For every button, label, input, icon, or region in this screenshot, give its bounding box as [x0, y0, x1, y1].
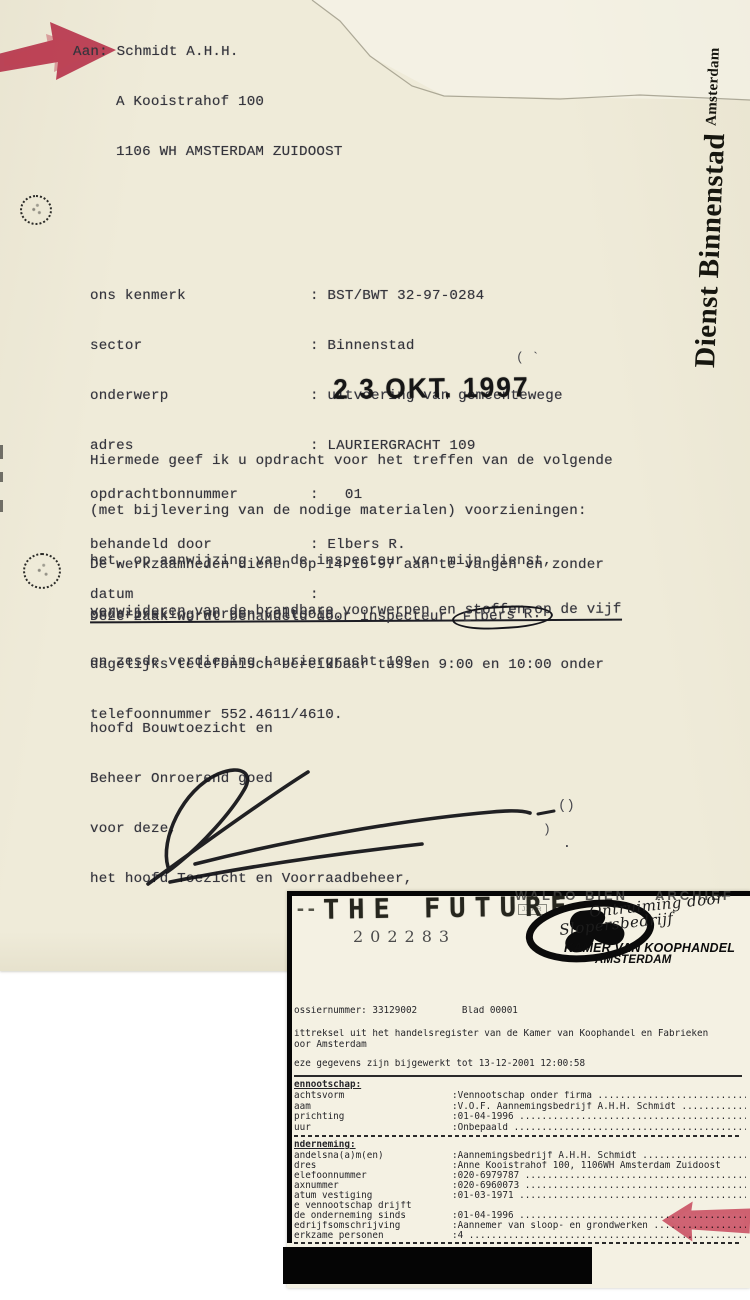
extract-updated-line: eze gegevens zijn bijgewerkt tot 13-12-2… [294, 1059, 746, 1070]
letter-paper: Aan: Schmidt A.H.H. A Kooistrahof 100 11… [0, 0, 750, 971]
recipient-block: Aan: Schmidt A.H.H. A Kooistrahof 100 11… [73, 11, 343, 194]
stray-pen-mark: ( ` [516, 350, 539, 365]
inspector-name-circled: Elbers R. [452, 604, 554, 632]
scan-edge-mark [0, 500, 3, 512]
red-arrow-left-stamp-icon [660, 1196, 750, 1248]
extract-row: aam:V.O.F. Aannemingsbedrijf A.H.H. Schm… [294, 1102, 746, 1113]
recipient-name: Schmidt A.H.H. [117, 44, 239, 60]
signature-stray-mark: ) [543, 822, 551, 837]
redaction-bar [283, 1247, 592, 1284]
kvk-wordmark-city: AMSTERDAM [595, 954, 672, 966]
stencil-prefix-mark: -- [295, 899, 317, 920]
section2-title: nderneming: [294, 1140, 746, 1151]
date-stamp: 2 3 OKT. 1997 [333, 372, 530, 407]
rule-dashed [294, 1135, 742, 1137]
extract-frame-left [287, 891, 292, 1243]
signature-stray-mark: () [558, 798, 575, 814]
kvk-wordmark-name: KAMER VAN KOOPHANDEL [564, 941, 735, 955]
rule-solid [294, 1075, 742, 1077]
dossier-line: ossiernummer: 33129002 Blad 00001 [294, 1006, 746, 1017]
extract-row: andelsna(a)m(en):Aannemingsbedrijf A.H.H… [294, 1151, 746, 1162]
meta-row-sector: sector: Binnenstad [90, 338, 563, 355]
signature-icon [140, 762, 610, 892]
extract-row: uur:Onbepaald ..........................… [294, 1123, 746, 1134]
recipient-address2: 1106 WH AMSTERDAM ZUIDOOST [116, 144, 343, 161]
extract-row: achtsvorm:Vennootschap onder firma .....… [294, 1091, 746, 1102]
recipient-prefix: Aan: [73, 44, 117, 60]
scan-edge-mark [0, 472, 3, 482]
signature-stray-mark: . [563, 836, 571, 851]
recipient-address1: A Kooistrahof 100 [116, 94, 343, 111]
letterhead-city: Amsterdam [704, 47, 723, 126]
punch-hole-icon [20, 195, 52, 225]
serial-number: 202283 [353, 927, 456, 946]
extract-row: prichting:01-04-1996 ...................… [294, 1112, 746, 1123]
extract-row: axnummer:020-6960073 ...................… [294, 1181, 746, 1192]
extract-row: dres:Anne Kooistrahof 100, 1106WH Amster… [294, 1161, 746, 1172]
extract-row: elefoonnummer:020-6979787 ..............… [294, 1171, 746, 1182]
extract-intro-line2: oor Amsterdam [294, 1040, 746, 1051]
punch-hole-icon [23, 553, 61, 589]
letterhead-service-name: Dienst Binnenstad [689, 132, 731, 368]
extract-intro-line1: ittreksel uit het handelsregister van de… [294, 1029, 746, 1040]
section1-title: ennootschap: [294, 1080, 746, 1091]
scan-edge-mark [0, 445, 3, 459]
meta-row-kenmerk: ons kenmerk: BST/BWT 32-97-0284 [90, 288, 563, 305]
